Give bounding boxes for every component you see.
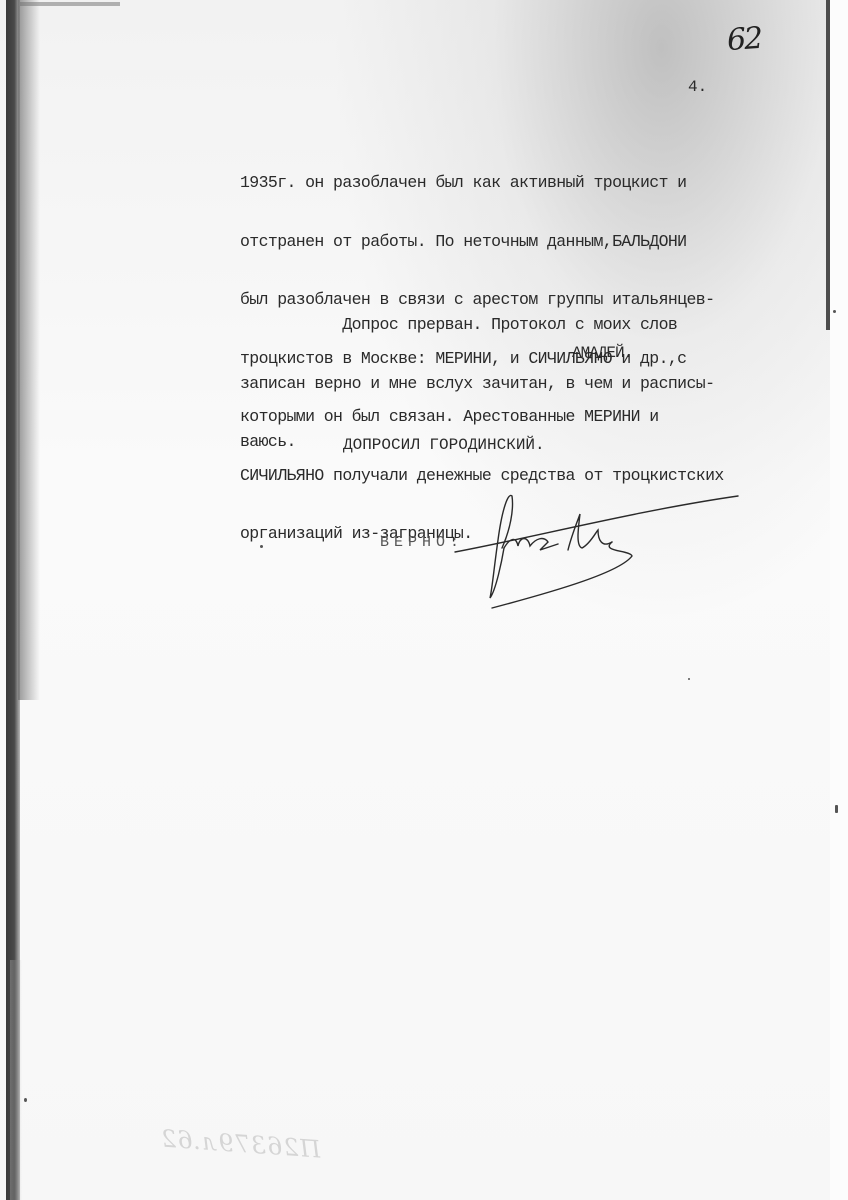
interrogator-line: ДОПРОСИЛ ГОРОДИНСКИЙ. <box>343 436 545 454</box>
body-line: отстранен от работы. По неточным данным,… <box>240 232 840 252</box>
closing-line: записан верно и мне вслух зачитан, в чем… <box>240 374 714 394</box>
top-edge <box>20 2 120 6</box>
ink-speck <box>835 805 838 813</box>
ink-speck <box>24 1098 27 1102</box>
page-number: 4. <box>688 78 707 96</box>
closing-paragraph: Допрос прерван. Протокол с моих слов зап… <box>240 276 714 491</box>
signatory-name: АМАДЕЙ. <box>572 344 632 362</box>
archive-stamp-bleedthrough: П26379л.62 <box>159 1124 321 1163</box>
document-page: 62 4. 1935г. он разоблачен был как актив… <box>0 0 848 1200</box>
ink-speck <box>260 545 263 548</box>
ink-speck <box>833 310 836 313</box>
handwritten-signature <box>440 490 750 620</box>
closing-line: Допрос прерван. Протокол с моих слов <box>240 315 714 335</box>
handwritten-folio-number: 62 <box>726 21 763 58</box>
body-line: 1935г. он разоблачен был как активный тр… <box>240 173 840 193</box>
scan-shadow <box>18 0 40 700</box>
ink-speck <box>688 678 690 680</box>
scan-shadow-lower <box>10 960 22 1200</box>
